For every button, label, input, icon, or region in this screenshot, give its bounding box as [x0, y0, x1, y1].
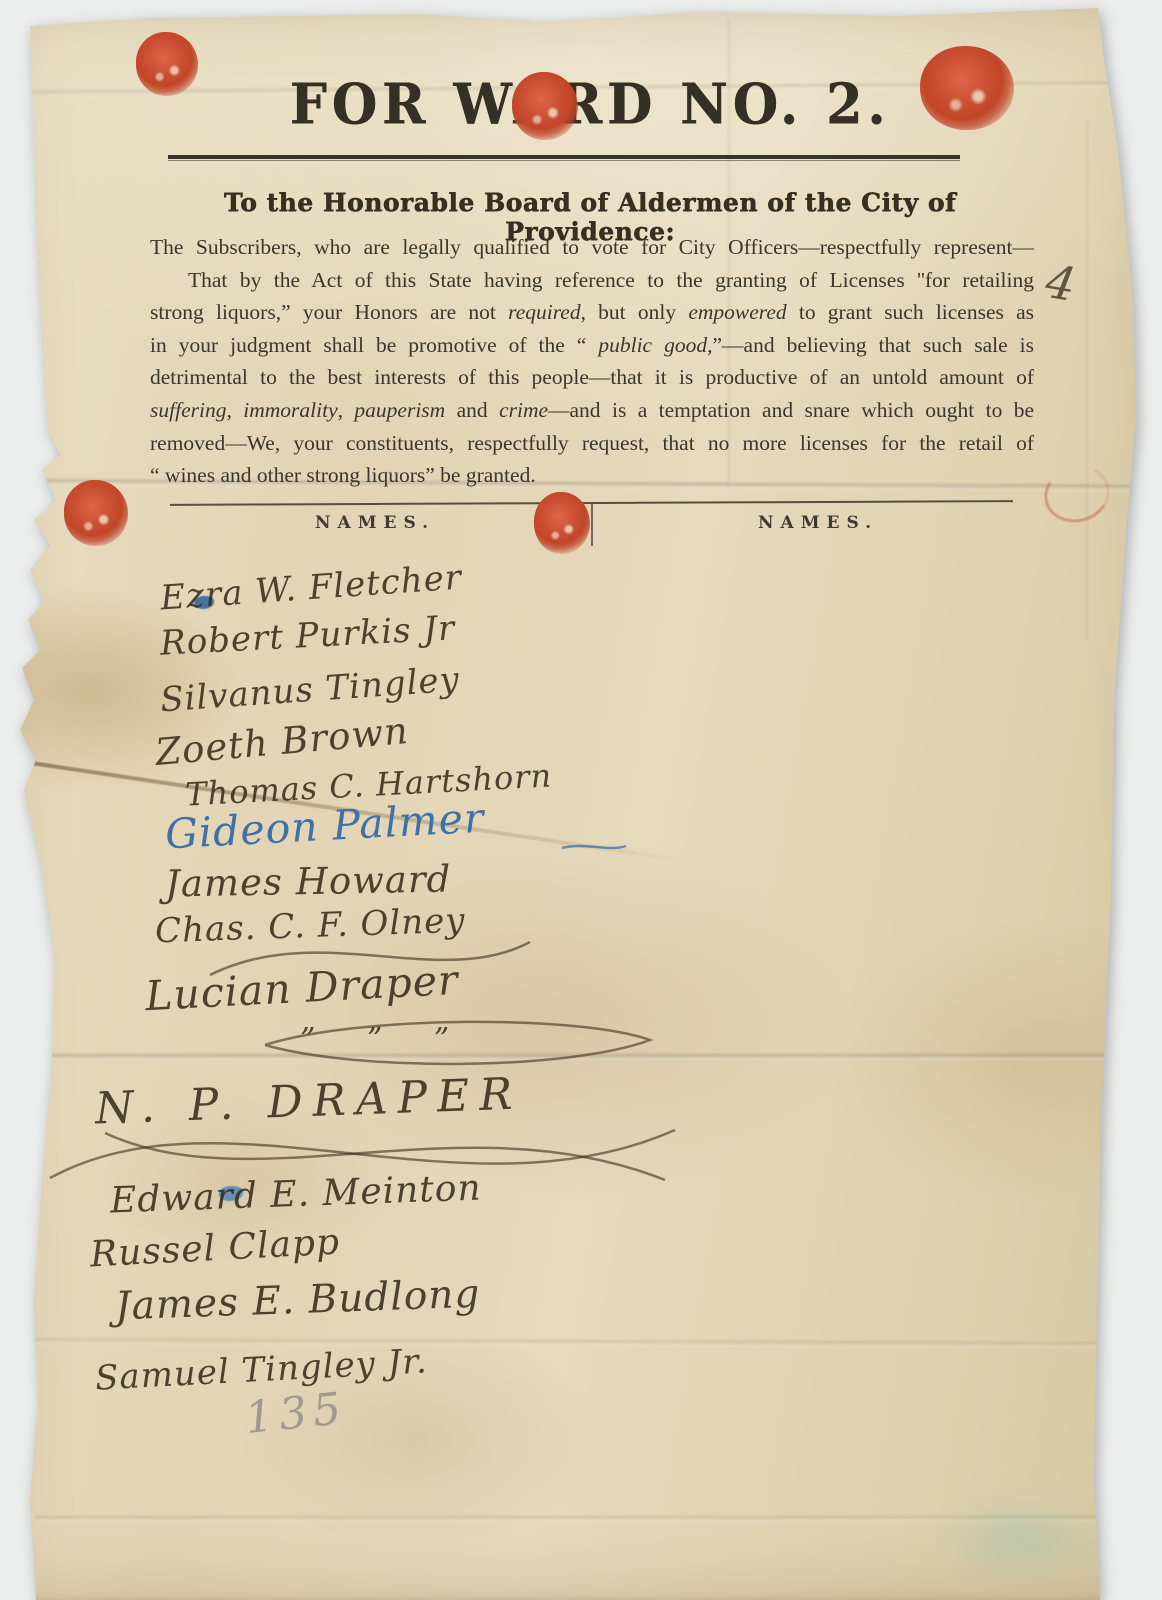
petition-body-line: suffering, immorality, pauperism and cri…	[150, 394, 1034, 427]
names-header-left: NAMES.	[315, 513, 435, 533]
signature: Lucian Draper	[144, 956, 460, 1020]
emphasized-text: required	[508, 300, 580, 324]
names-header-right: NAMES.	[758, 513, 878, 533]
body-text: ,	[338, 398, 355, 422]
column-divider	[591, 504, 593, 546]
petition-body-line: in your judgment shall be promotive of t…	[150, 329, 1034, 362]
signature: Zoeth Brown	[154, 709, 411, 774]
signature: Chas. C. F. Olney	[154, 901, 466, 952]
body-text: strong liquors,” your Honors are not	[150, 300, 508, 324]
body-text: and	[445, 398, 499, 422]
wax-seal-title	[512, 72, 578, 140]
petition-body-line: removed—We, your constituents, respectfu…	[150, 427, 1034, 460]
stain-smudge	[935, 1495, 1105, 1585]
emphasized-text: empowered	[688, 300, 786, 324]
margin-annotation: 4	[1042, 254, 1080, 312]
wax-seal-top-right	[920, 46, 1014, 130]
petition-body: The Subscribers, who are legally qualifi…	[150, 231, 1034, 492]
paper-background: FOR WARD NO. 2. To the Honorable Board o…	[0, 0, 1162, 1600]
signature: Edward E. Meinton	[109, 1168, 482, 1222]
petition-body-line: The Subscribers, who are legally qualifi…	[150, 231, 1034, 264]
body-text: ,”—and believing that such sale is	[707, 333, 1034, 357]
body-text: detrimental to the best interests of thi…	[150, 365, 1034, 389]
title-rule	[168, 155, 960, 162]
body-text: “ wines and other strong liquors” be gra…	[150, 463, 536, 487]
petition-body-line: strong liquors,” your Honors are not req…	[150, 296, 1034, 329]
petition-body-line: detrimental to the best interests of thi…	[150, 361, 1034, 394]
body-text: removed—We, your constituents, respectfu…	[150, 431, 1034, 455]
document-sheet: FOR WARD NO. 2. To the Honorable Board o…	[0, 0, 1162, 1600]
body-text: ,	[226, 398, 243, 422]
fold-crease-vertical	[1086, 120, 1091, 640]
petition-body-line: That by the Act of this State having ref…	[150, 264, 1034, 297]
wax-seal-ghost-ring	[1038, 458, 1116, 529]
signature: Silvanus Tingley	[159, 660, 461, 721]
emphasized-text: suffering	[150, 398, 226, 422]
emphasized-text: crime	[499, 398, 548, 422]
signature: Samuel Tingley Jr.	[94, 1341, 428, 1398]
document-title: FOR WARD NO. 2.	[150, 72, 1030, 138]
petition-body-line: “ wines and other strong liquors” be gra…	[150, 459, 1034, 492]
signature: James E. Budlong	[114, 1272, 481, 1330]
body-text: The Subscribers, who are legally qualifi…	[150, 235, 1034, 259]
body-text: , but only	[581, 300, 689, 324]
body-text: in your judgment shall be promotive of t…	[150, 333, 598, 357]
wax-seal-left	[64, 480, 128, 546]
ditto-marks: ” ” ”	[300, 1022, 450, 1057]
signature: N. P. DRAPER	[94, 1069, 523, 1135]
emphasized-text: immorality	[243, 398, 337, 422]
signature: James Howard	[165, 858, 452, 906]
tally-number: 135	[243, 1383, 350, 1444]
emphasized-text: public good	[598, 333, 707, 357]
body-text: —and is a temptation and snare which oug…	[548, 398, 1034, 422]
signature: Robert Purkis Jr	[159, 608, 456, 663]
signature: Russel Clapp	[89, 1221, 341, 1275]
wax-seal-center	[534, 492, 590, 554]
fold-crease	[40, 1054, 1110, 1060]
wax-seal-top-left	[136, 32, 198, 96]
fold-crease	[35, 1338, 1105, 1348]
body-text: to grant such licenses as	[787, 300, 1034, 324]
emphasized-text: pauperism	[354, 398, 445, 422]
body-text: That by the Act of this State having ref…	[188, 268, 1034, 292]
